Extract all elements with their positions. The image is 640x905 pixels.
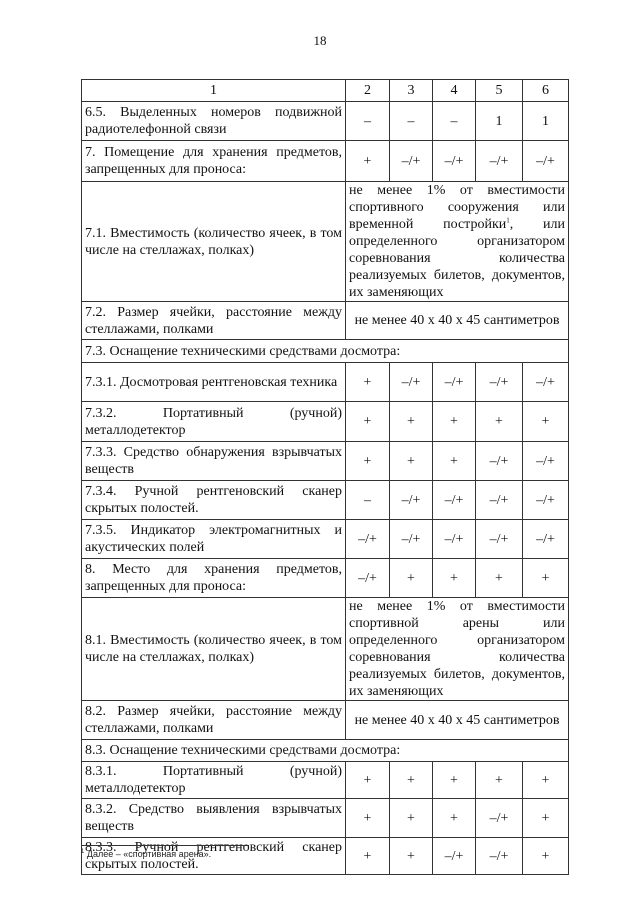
cell-value: –/+ <box>523 481 569 520</box>
footnote: 1 Далее – «спортивная арена». <box>81 849 211 859</box>
table-row: 8.1. Вместимость (количество ячеек, в то… <box>82 598 569 701</box>
cell-value: + <box>390 762 433 799</box>
capacity-requirement: не менее 1% от вместимости спортивного с… <box>346 182 569 302</box>
cell-value: –/+ <box>476 838 523 875</box>
row-label: 7.3.3. Средство обнаружения взрывчатых в… <box>82 442 346 481</box>
table-row: 8.2. Размер ячейки, расстояние между сте… <box>82 701 569 740</box>
row-label: 6.5. Выделенных номеров подвижной радиот… <box>82 102 346 141</box>
cell-value: + <box>346 363 390 402</box>
cell-value: + <box>476 402 523 442</box>
table-row: 8.3.2. Средство выявления взрывчатых вещ… <box>82 799 569 838</box>
cell-value: + <box>523 762 569 799</box>
cell-value: + <box>433 559 476 598</box>
cell-value: + <box>390 402 433 442</box>
cell-value: – <box>390 102 433 141</box>
table-row: 7.3. Оснащение техническими средствами д… <box>82 340 569 363</box>
table-row: 7.1. Вместимость (количество ячеек, в то… <box>82 182 569 302</box>
cell-value: –/+ <box>346 520 390 559</box>
requirements-table: 1 2 3 4 5 6 6.5. Выделенных номеров подв… <box>81 79 569 875</box>
cell-value: 1 <box>476 102 523 141</box>
cell-value: –/+ <box>433 481 476 520</box>
page-number: 18 <box>0 33 640 49</box>
cell-value: + <box>346 762 390 799</box>
cell-value: –/+ <box>476 520 523 559</box>
capacity-requirement: не менее 1% от вместимости спортивной ар… <box>346 598 569 701</box>
header-row: 1 2 3 4 5 6 <box>82 80 569 102</box>
cell-value: –/+ <box>433 520 476 559</box>
table-row: 7. Помещение для хранения предметов, зап… <box>82 141 569 182</box>
cell-value: –/+ <box>476 481 523 520</box>
table-row: 6.5. Выделенных номеров подвижной радиот… <box>82 102 569 141</box>
row-label: 7.3.2. Портативный (ручной) металлодетек… <box>82 402 346 442</box>
cell-value: –/+ <box>523 141 569 182</box>
column-header: 4 <box>433 80 476 102</box>
table-row: 7.2. Размер ячейки, расстояние между сте… <box>82 302 569 340</box>
cell-value: + <box>346 141 390 182</box>
requirement-text: не менее 1% от вместимости спортивной ар… <box>349 599 565 699</box>
table-row: 8.3. Оснащение техническими средствами д… <box>82 740 569 762</box>
row-label: 8.1. Вместимость (количество ячеек, в то… <box>82 598 346 701</box>
table-row: 8. Место для хранения предметов, запреще… <box>82 559 569 598</box>
cell-value: + <box>390 442 433 481</box>
footnote-text: Далее – «спортивная арена». <box>84 849 211 859</box>
cell-value: – <box>346 102 390 141</box>
cell-value: –/+ <box>523 442 569 481</box>
cell-value: + <box>390 559 433 598</box>
cell-value: –/+ <box>390 363 433 402</box>
row-label: 7.1. Вместимость (количество ячеек, в то… <box>82 182 346 302</box>
row-label: 8.2. Размер ячейки, расстояние между сте… <box>82 701 346 740</box>
cell-value: –/+ <box>433 141 476 182</box>
cell-value: 1 <box>523 102 569 141</box>
cell-value: –/+ <box>523 520 569 559</box>
cell-value: –/+ <box>390 520 433 559</box>
cell-value: – <box>346 481 390 520</box>
table-row: 7.3.2. Портативный (ручной) металлодетек… <box>82 402 569 442</box>
cell-value: + <box>433 442 476 481</box>
cell-value: + <box>346 838 390 875</box>
section-heading: 7.3. Оснащение техническими средствами д… <box>82 340 569 363</box>
table-row: 8.3.1. Портативный (ручной) металлодетек… <box>82 762 569 799</box>
row-label: 7. Помещение для хранения предметов, зап… <box>82 141 346 182</box>
cell-value: –/+ <box>476 442 523 481</box>
cell-value: + <box>346 442 390 481</box>
column-header: 2 <box>346 80 390 102</box>
row-label: 7.2. Размер ячейки, расстояние между сте… <box>82 302 346 340</box>
column-header: 3 <box>390 80 433 102</box>
cell-value: + <box>433 402 476 442</box>
row-label: 8.3.1. Портативный (ручной) металлодетек… <box>82 762 346 799</box>
table-row: 7.3.5. Индикатор электромагнитных и акус… <box>82 520 569 559</box>
cell-value: + <box>523 838 569 875</box>
cell-value: –/+ <box>476 799 523 838</box>
cell-value: + <box>523 559 569 598</box>
cell-value: + <box>390 799 433 838</box>
cell-value: + <box>523 799 569 838</box>
row-label: 7.3.1. Досмотровая рентгеновская техника <box>82 363 346 402</box>
column-header: 5 <box>476 80 523 102</box>
cell-value: + <box>346 799 390 838</box>
cell-value: –/+ <box>390 141 433 182</box>
cell-value: –/+ <box>390 481 433 520</box>
cell-value: + <box>476 762 523 799</box>
cell-value: –/+ <box>476 363 523 402</box>
row-label: 8. Место для хранения предметов, запреще… <box>82 559 346 598</box>
table-row: 7.3.1. Досмотровая рентгеновская техника… <box>82 363 569 402</box>
cell-value: – <box>433 102 476 141</box>
cell-value: –/+ <box>476 141 523 182</box>
footnote-divider <box>81 845 249 846</box>
row-label: 7.3.4. Ручной рентгеновский сканер скрыт… <box>82 481 346 520</box>
size-requirement: не менее 40 х 40 х 45 сантиметров <box>346 302 569 340</box>
table-row: 7.3.3. Средство обнаружения взрывчатых в… <box>82 442 569 481</box>
column-header: 6 <box>523 80 569 102</box>
size-requirement: не менее 40 х 40 х 45 сантиметров <box>346 701 569 740</box>
cell-value: + <box>523 402 569 442</box>
cell-value: + <box>476 559 523 598</box>
column-header: 1 <box>82 80 346 102</box>
cell-value: –/+ <box>433 838 476 875</box>
cell-value: + <box>433 799 476 838</box>
cell-value: + <box>390 838 433 875</box>
row-label: 7.3.5. Индикатор электромагнитных и акус… <box>82 520 346 559</box>
cell-value: –/+ <box>433 363 476 402</box>
cell-value: + <box>433 762 476 799</box>
table-row: 7.3.4. Ручной рентгеновский сканер скрыт… <box>82 481 569 520</box>
cell-value: –/+ <box>523 363 569 402</box>
cell-value: –/+ <box>346 559 390 598</box>
cell-value: + <box>346 402 390 442</box>
row-label: 8.3.2. Средство выявления взрывчатых вещ… <box>82 799 346 838</box>
section-heading: 8.3. Оснащение техническими средствами д… <box>82 740 569 762</box>
